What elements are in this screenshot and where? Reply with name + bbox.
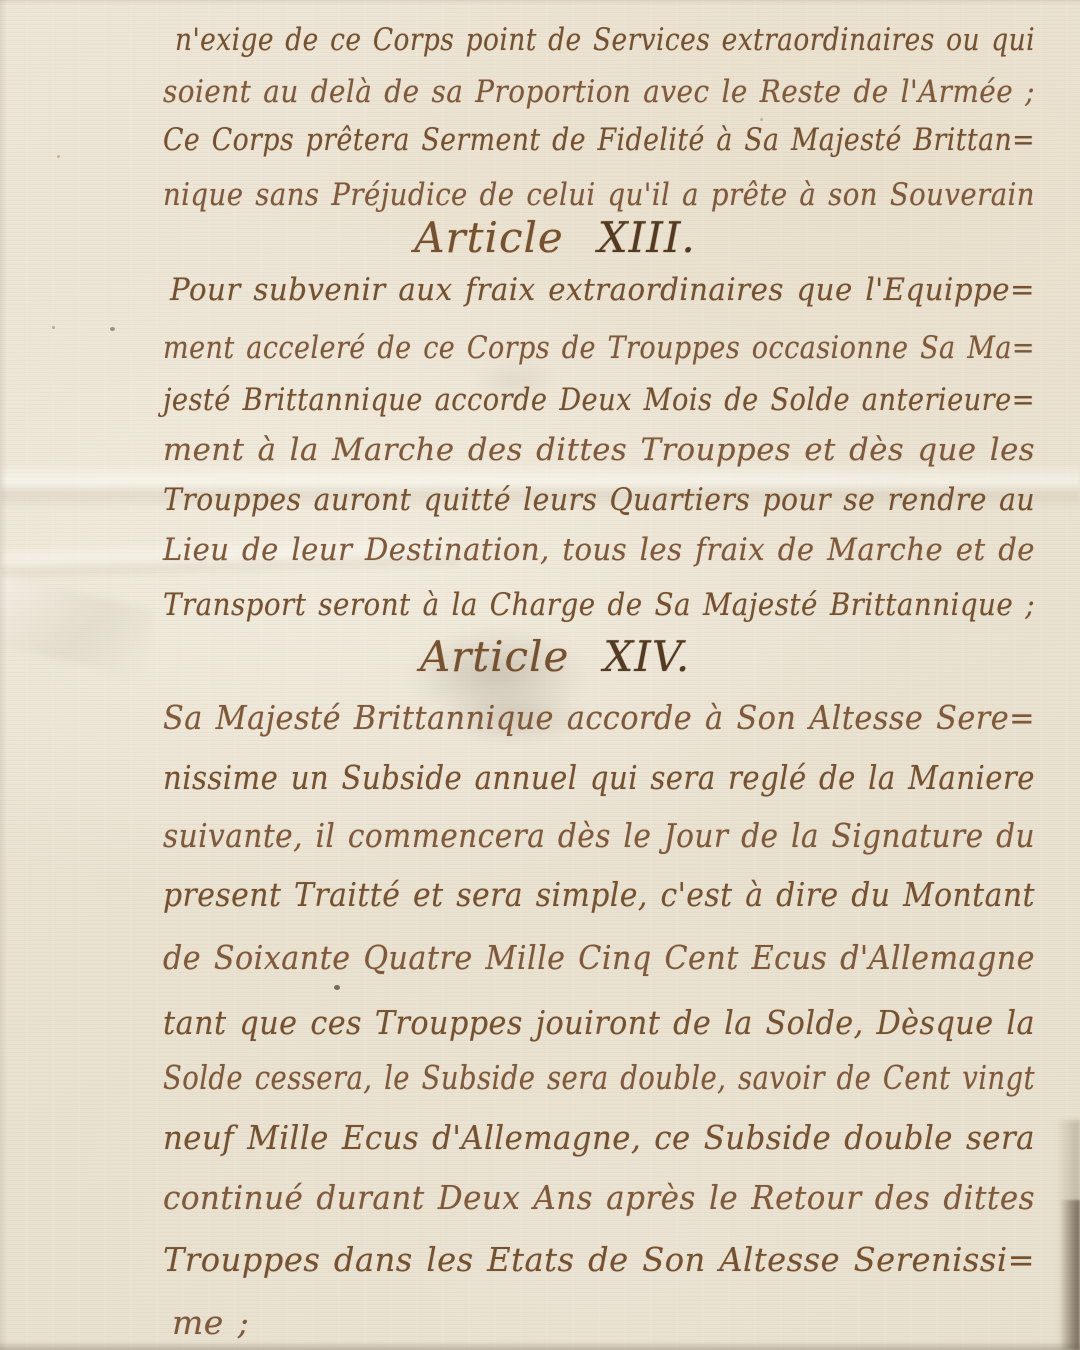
article-14-heading: ArticleXIV. [120,630,990,684]
manuscript-line: Pour subvenir aux fraix extraordinaires … [170,267,1035,313]
manuscript-line: suivante, il commencera dès le Jour de l… [163,813,1035,859]
manuscript-line: ment à la Marche des dittes Trouppes et … [163,427,1035,473]
manuscript-line: Solde cessera, le Subside sera double, s… [163,1055,1035,1101]
article-13-heading: ArticleXIII. [120,211,990,265]
manuscript-line: continué durant Deux Ans après le Retour… [163,1175,1035,1221]
manuscript-line: soient au delà de sa Proportion avec le … [163,69,1035,115]
manuscript-line: jesté Brittannique accorde Deux Mois de … [163,377,1035,423]
manuscript-line: neuf Mille Ecus d'Allemagne, ce Subside … [163,1115,1035,1161]
article-13-heading-numeral: XIII. [598,213,696,262]
manuscript-text-block: n'exige de ce Corps point de Services ex… [0,0,1080,1350]
manuscript-line: nissime un Subside annuel qui sera reglé… [163,755,1035,801]
manuscript-line: tant que ces Trouppes jouiront de la Sol… [163,1000,1035,1046]
manuscript-line: Sa Majesté Brittannique accorde à Son Al… [163,695,1035,741]
manuscript-line: me ; [172,1300,249,1346]
manuscript-line: Lieu de leur Destination, tous les fraix… [163,527,1035,573]
manuscript-line: Transport seront à la Charge de Sa Majes… [163,582,1035,628]
manuscript-line: Trouppes dans les Etats de Son Altesse S… [163,1237,1035,1283]
article-14-heading-word: Article [420,632,570,681]
manuscript-line: de Soixante Quatre Mille Cinq Cent Ecus … [163,935,1035,981]
article-13-heading-word: Article [414,213,564,262]
manuscript-line: Trouppes auront quitté leurs Quartiers p… [163,477,1035,523]
manuscript-line: n'exige de ce Corps point de Services ex… [175,17,1035,63]
manuscript-line: Ce Corps prêtera Serment de Fidelité à S… [163,117,1035,163]
manuscript-line: ment acceleré de ce Corps de Trouppes oc… [163,325,1035,371]
manuscript-line: present Traitté et sera simple, c'est à … [163,872,1035,918]
article-14-heading-numeral: XIV. [603,632,690,681]
manuscript-page: n'exige de ce Corps point de Services ex… [0,0,1080,1350]
